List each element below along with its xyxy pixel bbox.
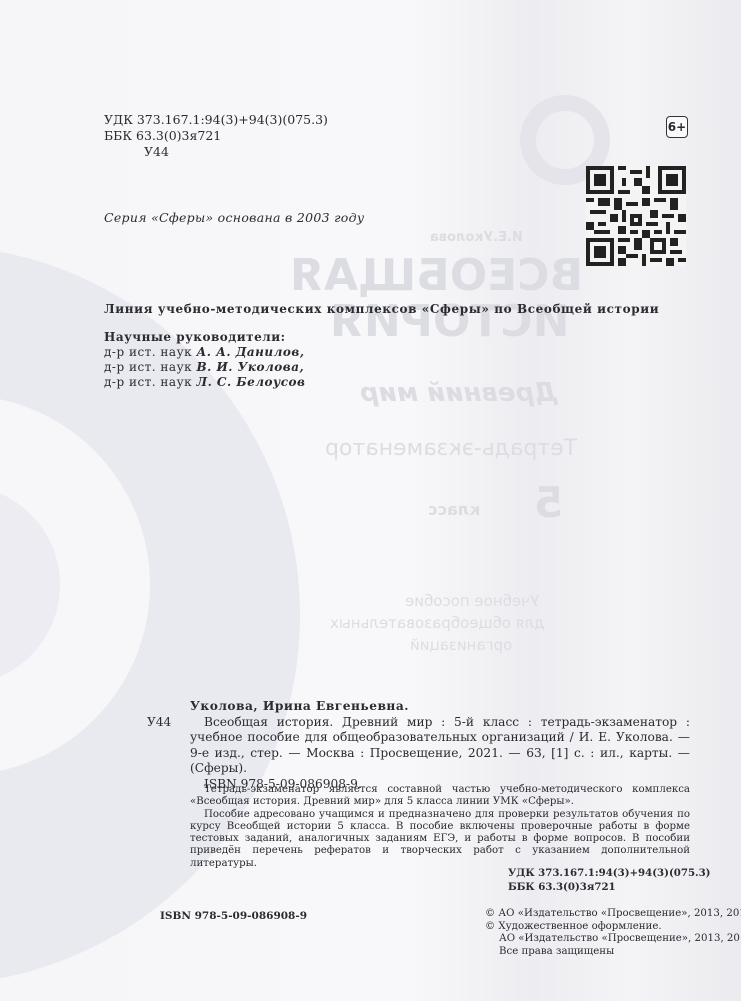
udk-code: УДК 373.167.1:94(3)+94(3)(075.3) <box>104 112 328 128</box>
supervisors-heading: Научные руководители: <box>104 330 305 345</box>
supervisor-item: д-р ист. наук А. А. Данилов, <box>104 345 305 360</box>
qr-code-icon <box>586 166 686 266</box>
catalog-author: Уколова, Ирина Евгеньевна. <box>190 699 690 715</box>
catalog-description: Всеобщая история. Древний мир : 5-й клас… <box>190 715 690 777</box>
supervisor-degree: д-р ист. наук <box>104 360 192 374</box>
supervisor-degree: д-р ист. наук <box>104 375 192 389</box>
copyright-line: АО «Издательство «Просвещение», 2013, 20… <box>485 933 741 946</box>
footer-isbn: ISBN 978-5-09-086908-9 <box>160 910 307 922</box>
copyright-line: © АО «Издательство «Просвещение», 2013, … <box>485 908 741 921</box>
series-note: Серия «Сферы» основана в 2003 году <box>104 210 364 225</box>
scientific-supervisors: Научные руководители: д-р ист. наук А. А… <box>104 330 305 390</box>
bbk-code: ББК 63.3(0)3я721 <box>104 128 328 144</box>
copyright-line: Все права защищены <box>485 946 741 959</box>
author-mark: У44 <box>104 144 328 160</box>
copyright-line: © Художественное оформление. <box>485 921 741 934</box>
annotation: Тетрадь-экзаменатор является составной ч… <box>190 784 690 870</box>
show-through-purpose-3: организаций <box>410 636 512 654</box>
show-through-grade-word: класс <box>428 500 480 519</box>
show-through-purpose-2: для общеобразовательных <box>330 614 545 632</box>
annotation-paragraph-1: Тетрадь-экзаменатор является составной ч… <box>190 784 690 809</box>
footer-classification: УДК 373.167.1:94(3)+94(3)(075.3) ББК 63.… <box>508 866 711 894</box>
footer-udk: УДК 373.167.1:94(3)+94(3)(075.3) <box>508 866 711 880</box>
show-through-author: И.Е.Уколова <box>430 230 523 245</box>
footer-bbk: ББК 63.3(0)3я721 <box>508 880 711 894</box>
show-through-type: Тетрадь-экзаменатор <box>325 436 577 461</box>
annotation-paragraph-2: Пособие адресовано учащимся и предназнач… <box>190 809 690 870</box>
supervisor-name: А. А. Данилов, <box>196 345 304 359</box>
show-through-subtitle: Древний мир <box>360 378 557 408</box>
catalog-mark: У44 <box>147 715 171 729</box>
age-rating-badge: 6+ <box>666 116 688 138</box>
supervisor-name: Л. С. Белоусов <box>196 375 305 389</box>
supervisor-item: д-р ист. наук Л. С. Белоусов <box>104 375 305 390</box>
show-through-grade-num: 5 <box>534 478 563 527</box>
line-title: Линия учебно-методических комплексов «Сф… <box>104 302 659 316</box>
supervisor-name: В. И. Уколова, <box>196 360 304 374</box>
show-through-purpose-1: Учебное пособие <box>405 592 539 610</box>
copyright-block: © АО «Издательство «Просвещение», 2013, … <box>485 908 741 958</box>
classification-codes: УДК 373.167.1:94(3)+94(3)(075.3) ББК 63.… <box>104 112 328 160</box>
supervisor-item: д-р ист. наук В. И. Уколова, <box>104 360 305 375</box>
supervisor-degree: д-р ист. наук <box>104 345 192 359</box>
catalog-card: Уколова, Ирина Евгеньевна. Всеобщая исто… <box>190 699 690 792</box>
show-through-title-1: ВСЕОБЩАЯ <box>290 250 583 301</box>
